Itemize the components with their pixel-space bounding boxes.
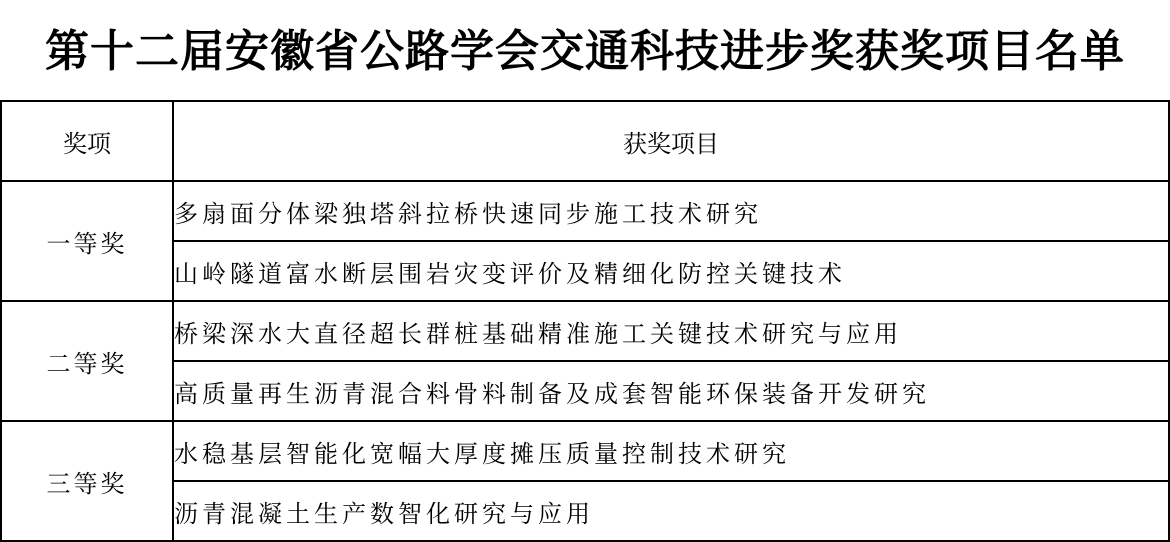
project-cell: 高质量再生沥青混合料骨料制备及成套智能环保装备开发研究	[173, 361, 1169, 421]
award-level-third: 三等奖	[1, 421, 173, 541]
award-level-second: 二等奖	[1, 301, 173, 421]
project-cell: 多扇面分体梁独塔斜拉桥快速同步施工技术研究	[173, 181, 1169, 241]
table-row: 沥青混凝土生产数智化研究与应用	[1, 481, 1169, 541]
table-row: 三等奖 水稳基层智能化宽幅大厚度摊压质量控制技术研究	[1, 421, 1169, 481]
project-cell: 水稳基层智能化宽幅大厚度摊压质量控制技术研究	[173, 421, 1169, 481]
project-cell: 山岭隧道富水断层围岩灾变评价及精细化防控关键技术	[173, 241, 1169, 301]
project-cell: 桥梁深水大直径超长群桩基础精准施工关键技术研究与应用	[173, 301, 1169, 361]
table-row: 山岭隧道富水断层围岩灾变评价及精细化防控关键技术	[1, 241, 1169, 301]
table-header-row: 奖项 获奖项目	[1, 101, 1169, 181]
document-title: 第十二届安徽省公路学会交通科技进步奖获奖项目名单	[0, 22, 1170, 82]
award-level-first: 一等奖	[1, 181, 173, 301]
table-row: 二等奖 桥梁深水大直径超长群桩基础精准施工关键技术研究与应用	[1, 301, 1169, 361]
table-row: 高质量再生沥青混合料骨料制备及成套智能环保装备开发研究	[1, 361, 1169, 421]
header-award-level: 奖项	[1, 101, 173, 181]
table-row: 一等奖 多扇面分体梁独塔斜拉桥快速同步施工技术研究	[1, 181, 1169, 241]
awards-table: 奖项 获奖项目 一等奖 多扇面分体梁独塔斜拉桥快速同步施工技术研究 山岭隧道富水…	[0, 100, 1170, 542]
header-award-project: 获奖项目	[173, 101, 1169, 181]
project-cell: 沥青混凝土生产数智化研究与应用	[173, 481, 1169, 541]
